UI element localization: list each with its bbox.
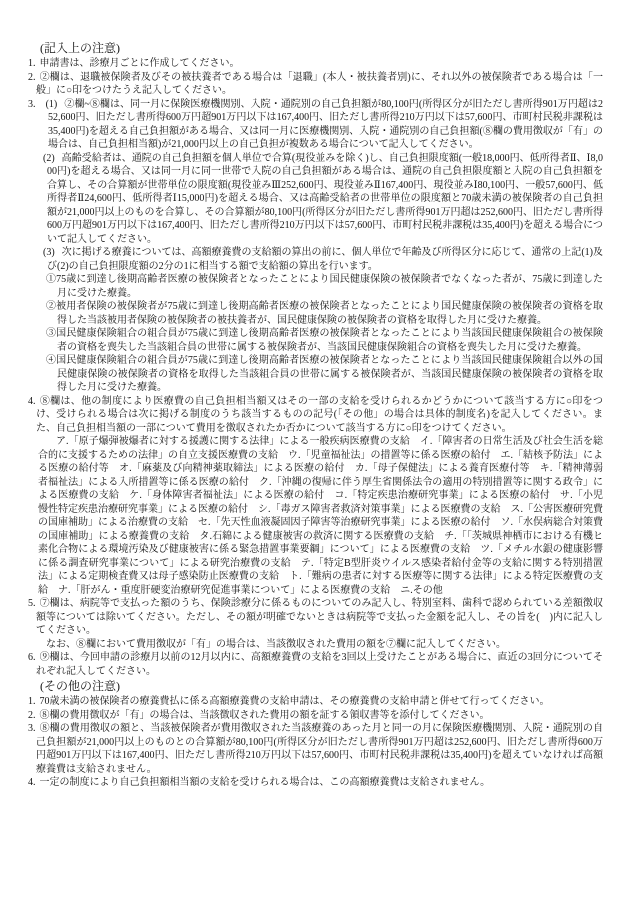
item-text: 国民健康保険組合の組合員が75歳に到達し後期高齢者医療の被保険者となったことによ… — [56, 328, 603, 353]
item-text: ⑨欄は、今回申請の診療月以前の12月以内に、高額療養費の支給を3回以上受けたこと… — [36, 652, 603, 677]
item-text: ⑦欄は、病院等で支払った額のうち、保険診療分に係るものについてのみ記入し、特別室… — [36, 598, 603, 636]
note-item: 6.⑨欄は、今回申請の診療月以前の12月以内に、高額療養費の支給を3回以上受けた… — [0, 651, 603, 678]
note-item: (2)高齢受給者は、通院の自己負担額を個人単位で合算(現役並みを除く)し、自己負… — [0, 152, 603, 247]
item-marker: 4. — [28, 396, 36, 407]
item-text: 70歳未満の被保険者の療養費払に係る高額療養費の支給申請は、その療養費の支給申請… — [40, 696, 550, 707]
note-item: 3. (1)②欄~⑧欄は、同一月に保険医療機関別、入院・通院別の自己負担額が80… — [0, 98, 603, 152]
item-marker: (3) — [43, 247, 55, 258]
note-item: 5.⑦欄は、病院等で支払った額のうち、保険診療分に係るものについてのみ記入し、特… — [0, 597, 603, 638]
item-text: ⑧欄の費用徴収の額と、当該被保険者が費用徴収された当該療養のあった月と同一の月に… — [36, 723, 603, 775]
item-marker: 6. — [28, 652, 36, 663]
note-item: なお、⑧欄において費用徴収が「有」の場合は、当該徴収された費用の額を⑦欄に記入し… — [0, 638, 603, 652]
item-text: ア.「原子爆弾被爆者に対する援護に関する法律」による一般疾病医療費の支給 イ.「… — [38, 436, 603, 596]
note-item: 1.申請書は、診療月ごとに作成してください。 — [0, 57, 603, 71]
note-item: ③国民健康保険組合の組合員が75歳に到達し後期高齢者医療の被保険者となったことに… — [0, 327, 603, 354]
item-text: 国民健康保険組合の組合員が75歳に到達し後期高齢者医療の被保険者となったことによ… — [56, 355, 603, 393]
item-text: 高齢受給者は、通院の自己負担額を個人単位で合算(現役並みを除く)し、自己負担限度… — [47, 153, 603, 245]
item-text: ⑧欄の費用徴収が「有」の場合は、当該徴収された費用の額を証する領収書等を添付して… — [40, 710, 490, 721]
item-text: 次に掲げる療養については、高額療養費の支給額の算出の前に、個人単位で年齢及び所得… — [47, 247, 603, 272]
item-text: 被用者保険の被保険者が75歳に到達し後期高齢者医療の被保険者となったことにより国… — [56, 301, 603, 326]
item-marker: 2. — [28, 710, 36, 721]
note-item: ア.「原子爆弾被爆者に対する援護に関する法律」による一般疾病医療費の支給 イ.「… — [0, 435, 603, 597]
note-item: ①75歳に到達し後期高齢者医療の被保険者となったことにより国民健康保険の被保険者… — [0, 273, 603, 300]
note-item: (3)次に掲げる療養については、高額療養費の支給額の算出の前に、個人単位で年齢及… — [0, 246, 603, 273]
item-text: ②欄は、退職被保険者及びその被扶養者である場合は「退職」(本人・被扶養者別)に、… — [36, 72, 603, 97]
item-marker: 2. — [28, 72, 36, 83]
heading-text: (記入上の注意) — [40, 41, 120, 55]
note-item: 3.⑧欄の費用徴収の額と、当該被保険者が費用徴収された当該療養のあった月と同一の… — [0, 722, 603, 776]
note-item: 4.⑧欄は、他の制度により医療費の自己負担相当額又はその一部の支給を受けられるか… — [0, 395, 603, 436]
item-marker: ④ — [46, 355, 56, 366]
heading-text: (その他の注意) — [40, 679, 120, 693]
note-item: ②被用者保険の被保険者が75歳に到達し後期高齢者医療の被保険者となったことにより… — [0, 300, 603, 327]
notes-body: (記入上の注意)1.申請書は、診療月ごとに作成してください。2.②欄は、退職被保… — [0, 40, 603, 790]
item-text: 一定の制度により自己負担額相当額の支給を受けられる場合は、この高額療養費は支給さ… — [40, 777, 491, 788]
note-item: 2.⑧欄の費用徴収が「有」の場合は、当該徴収された費用の額を証する領収書等を添付… — [0, 709, 603, 723]
note-item: ④国民健康保険組合の組合員が75歳に到達し後期高齢者医療の被保険者となったことに… — [0, 354, 603, 395]
item-marker: ③ — [46, 328, 56, 339]
item-text: 75歳に到達し後期高齢者医療の被保険者となったことにより国民健康保険の被保険者で… — [56, 274, 603, 299]
item-marker: ① — [46, 274, 56, 285]
item-text: 申請書は、診療月ごとに作成してください。 — [40, 58, 240, 69]
item-text: なお、⑧欄において費用徴収が「有」の場合は、当該徴収された費用の額を⑦欄に記入し… — [46, 639, 506, 650]
item-marker: ② — [46, 301, 56, 312]
item-marker: 1. — [28, 58, 36, 69]
item-marker: 3. — [28, 723, 36, 734]
note-item: 4.一定の制度により自己負担額相当額の支給を受けられる場合は、この高額療養費は支… — [0, 776, 603, 790]
item-marker: 3. (1) — [28, 99, 57, 110]
item-text: ⑧欄は、他の制度により医療費の自己負担相当額又はその一部の支給を受けられるかどう… — [36, 396, 603, 434]
section-heading: (記入上の注意) — [0, 40, 603, 57]
item-marker: 4. — [28, 777, 36, 788]
item-marker: 1. — [28, 696, 36, 707]
document-page: (記入上の注意)1.申請書は、診療月ごとに作成してください。2.②欄は、退職被保… — [0, 0, 630, 903]
section-heading: (その他の注意) — [0, 678, 603, 695]
note-item: 2.②欄は、退職被保険者及びその被扶養者である場合は「退職」(本人・被扶養者別)… — [0, 71, 603, 98]
item-text: ②欄~⑧欄は、同一月に保険医療機関別、入院・通院別の自己負担額が80,100円(… — [48, 99, 603, 151]
note-item: 1.70歳未満の被保険者の療養費払に係る高額療養費の支給申請は、その療養費の支給… — [0, 695, 603, 709]
item-marker: 5. — [28, 598, 36, 609]
item-marker: (2) — [43, 153, 55, 164]
